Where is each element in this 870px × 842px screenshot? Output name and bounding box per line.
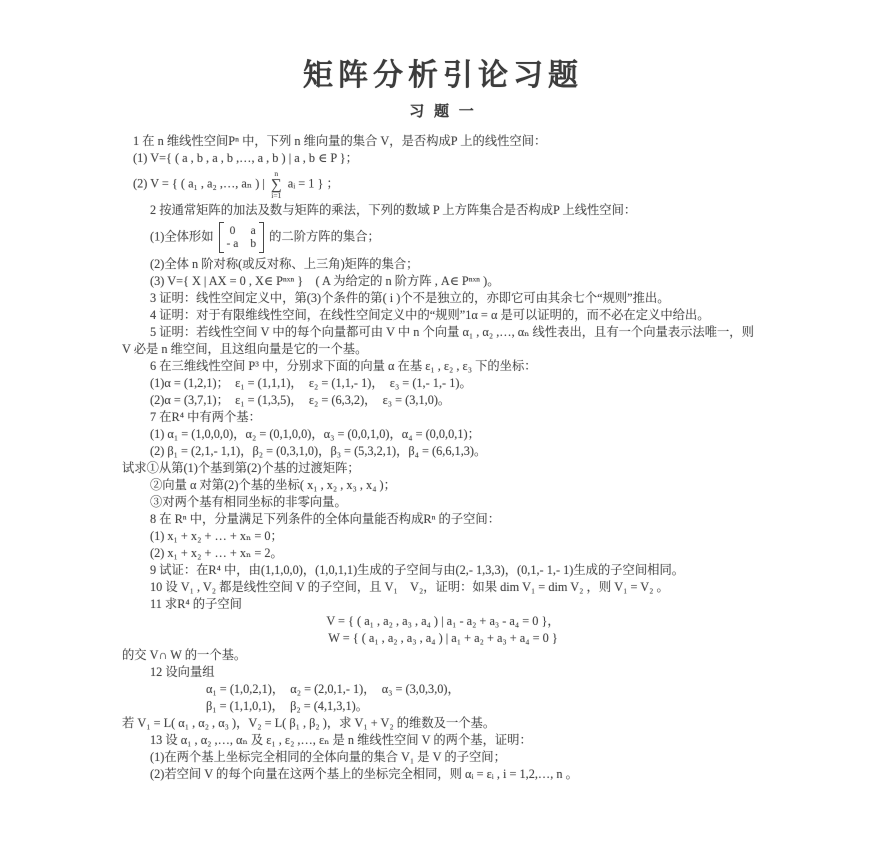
section-heading: 习 题 一 [122,100,764,121]
problem-12-vectors-beta: β₁ = (1,1,0,1)， β₂ = (4,1,3,1)。 [206,698,764,715]
problem-6-item-2: (2)α = (3,7,1)； ε₁ = (1,3,5)， ε₂ = (6,3,… [122,392,764,409]
problem-11-tail: 的交 V∩ W 的一个基。 [122,647,764,664]
formula-prefix: (2) V = { ( a₁ , a₂ ,…, aₙ ) | [133,176,268,190]
problem-2-item-2: (2)全体 n 阶对称(或反对称、上三角)矩阵的集合； [122,256,764,273]
problem-7-question-1: 试求①从第(1)个基到第(2)个基的过渡矩阵； [122,460,764,477]
problem-7-stem: 7 在R⁴ 中有两个基： [122,409,764,426]
problem-9: 9 试证：在R⁴ 中，由(1,1,0,0)，(1,0,1,1)生成的子空间与由(… [122,562,764,579]
problem-13-stem: 13 设 α₁ , α₂ ,…, αₙ 及 ε₁ , ε₂ ,…, εₙ 是 n… [122,732,764,749]
formula-suffix: aᵢ = 1 } ； [285,176,339,190]
problem-13-item-2: (2)若空间 V 的每个向量在这两个基上的坐标完全相同，则 αᵢ = εᵢ , … [122,766,764,783]
problem-10: 10 设 V₁ , V₂ 都是线性空间 V 的子空间，且 V₁ V₂，证明：如果… [122,579,764,596]
problem-8-item-2: (2) x₁ + x₂ + … + xₙ = 2。 [122,545,764,562]
problem-3: 3 证明：线性空间定义中，第(3)个条件的第( i )个不是独立的，亦即它可由其… [122,290,764,307]
sum-lower-limit: i=1 [271,192,281,200]
problem-12-tail: 若 V₁ = L( α₁ , α₂ , α₃ )，V₂ = L( β₁ , β₂… [122,715,764,732]
problem-11-equation-w: W = { ( a₁ , a₂ , a₃ , a₄ ) | a₁ + a₂ + … [122,630,764,647]
problem-7-question-2: ②向量 α 对第(2)个基的坐标( x₁ , x₂ , x₃ , x₄ )； [122,477,764,494]
problem-11-equation-v: V = { ( a₁ , a₂ , a₃ , a₄ ) | a₁ - a₂ + … [122,613,764,630]
problem-1-stem: 1 在 n 维线性空间Pⁿ 中，下列 n 维向量的集合 V，是否构成P 上的线性… [122,133,764,150]
problem-6-stem: 6 在三维线性空间 P³ 中，分别求下面的向量 α 在基 ε₁ , ε₂ , ε… [122,358,764,375]
problem-2-item-3: (3) V={ X | AX = 0 , X∈ Pⁿˣⁿ } ( A 为给定的 … [122,273,764,290]
problem-8-item-1: (1) x₁ + x₂ + … + xₙ = 0； [122,528,764,545]
problem-12-vectors-alpha: α₁ = (1,0,2,1)， α₂ = (2,0,1,- 1)， α₃ = (… [206,681,764,698]
matrix-cell-22: b [250,238,256,250]
problem-2-item-1: (1)全体形如0a- ab的二阶方阵的集合； [122,219,764,256]
problem-1-item-2: (2) V = { ( a₁ , a₂ ,…, aₙ ) | n∑i=1 aᵢ … [122,167,764,202]
problem-11-stem: 11 求R⁴ 的子空间 [122,596,764,613]
problem-6-item-1: (1)α = (1,2,1)； ε₁ = (1,1,1)， ε₂ = (1,1,… [122,375,764,392]
matrix-prefix: (1)全体形如 [150,229,214,243]
matrix-cell-12: a [250,225,256,237]
document-body: 1 在 n 维线性空间Pⁿ 中，下列 n 维向量的集合 V，是否构成P 上的线性… [122,133,764,783]
problem-7-question-3: ③对两个基有相同坐标的非零向量。 [122,494,764,511]
matrix-cell-21: - a [227,238,239,250]
problem-12-stem: 12 设向量组 [122,664,764,681]
matrix-suffix: 的二阶方阵的集合； [269,229,380,243]
document-title: 矩阵分析引论习题 [122,50,764,94]
problem-5: 5 证明：若线性空间 V 中的每个向量都可由 V 中 n 个向量 α₁ , α₂… [122,324,764,358]
document-page: 矩阵分析引论习题 习 题 一 1 在 n 维线性空间Pⁿ 中，下列 n 维向量的… [122,50,764,783]
problem-7-item-1: (1) α₁ = (1,0,0,0)，α₂ = (0,1,0,0)，α₃ = (… [122,426,764,443]
problem-13-item-1: (1)在两个基上坐标完全相同的全体向量的集合 V₁ 是 V 的子空间； [122,749,764,766]
matrix-2x2: 0a- ab [219,222,265,253]
problem-4: 4 证明：对于有限维线性空间，在线性空间定义中的“规则”1α = α 是可以证明… [122,307,764,324]
sigma-summation-symbol: n∑i=1 [271,170,282,199]
sigma-glyph: ∑ [271,178,282,192]
matrix-cell-11: 0 [227,225,239,237]
problem-1-item-1: (1) V={ ( a , b , a , b ,…, a , b ) | a … [122,150,764,167]
problem-8-stem: 8 在 Rⁿ 中，分量满足下列条件的全体向量能否构成Rⁿ 的子空间： [122,511,764,528]
problem-2-stem: 2 按通常矩阵的加法及数与矩阵的乘法，下列的数域 P 上方阵集合是否构成P 上线… [122,202,764,219]
problem-7-item-2: (2) β₁ = (2,1,- 1,1)，β₂ = (0,3,1,0)，β₃ =… [122,443,764,460]
